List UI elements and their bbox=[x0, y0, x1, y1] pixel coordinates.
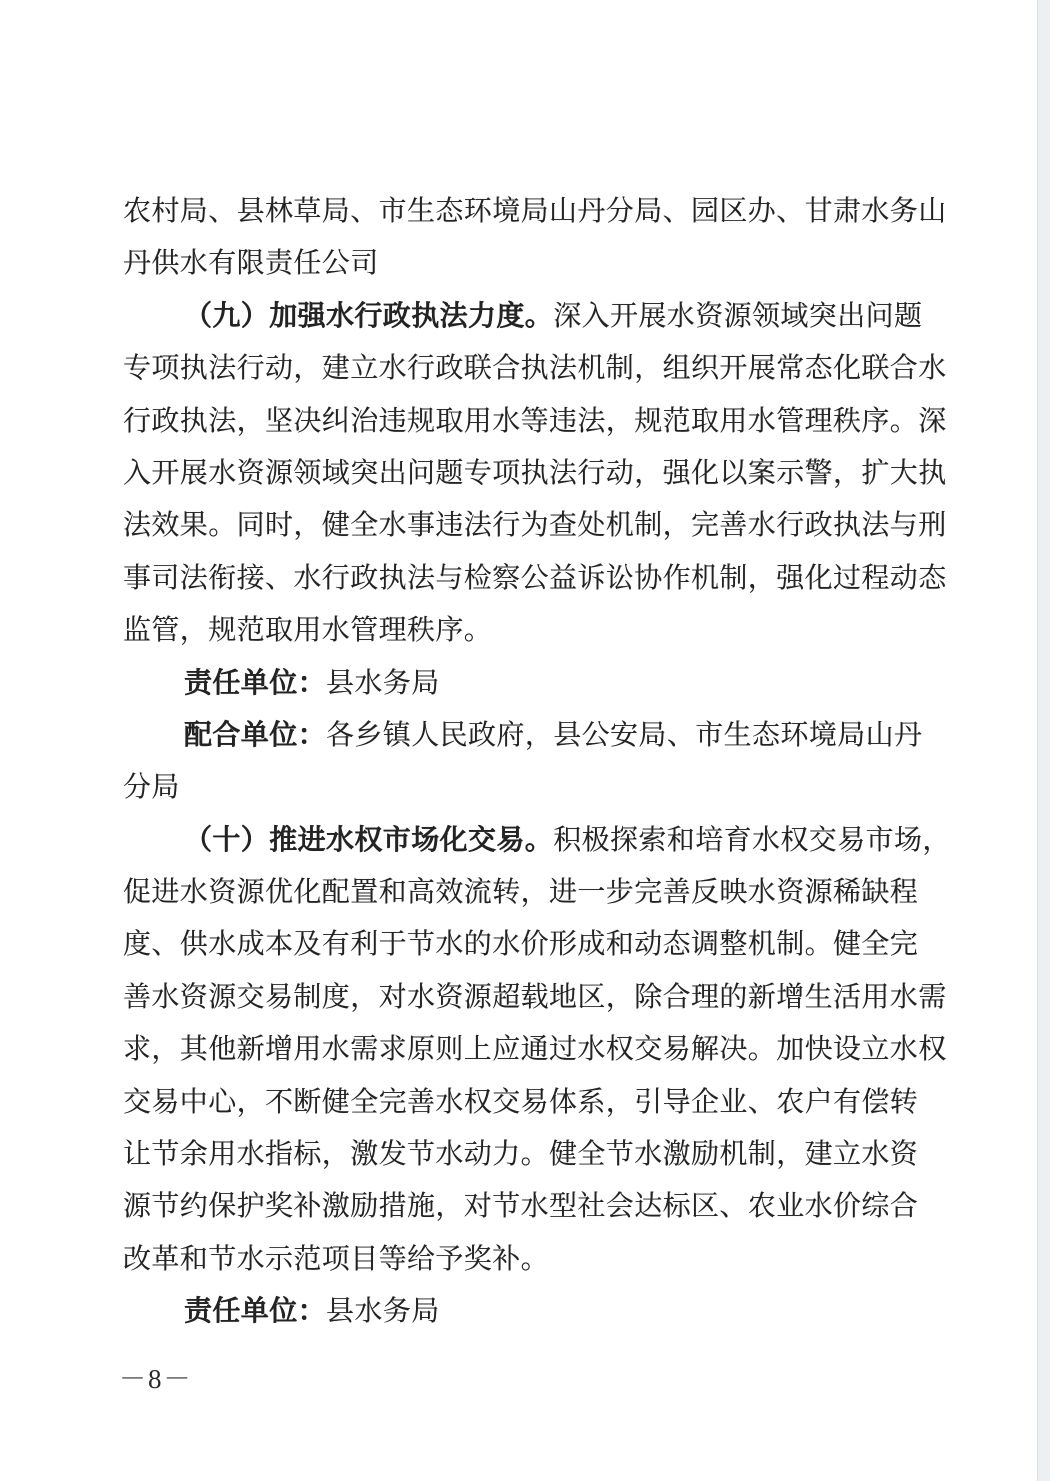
bold-run: 责任单位： bbox=[184, 1296, 326, 1327]
document-page: 农村局、县林草局、市生态环境局山丹分局、园区办、甘肃水务山丹供水有限责任公司（九… bbox=[0, 0, 1050, 1481]
text-line: 责任单位：县水务局 bbox=[123, 658, 923, 710]
text-line: （十）推进水权市场化交易。积极探索和培育水权交易市场， bbox=[123, 815, 923, 867]
text-line: 善水资源交易制度，对水资源超载地区，除合理的新增生活用水需 bbox=[123, 972, 923, 1024]
text-line: 让节余用水指标，激发节水动力。健全节水激励机制，建立水资 bbox=[123, 1129, 923, 1181]
text-line: 行政执法，坚决纠治违规取用水等违法，规范取用水管理秩序。深 bbox=[123, 396, 923, 448]
text-line: 配合单位：各乡镇人民政府，县公安局、市生态环境局山丹 bbox=[123, 710, 923, 762]
bold-run: （九）加强水行政执法力度。 bbox=[184, 301, 553, 332]
text-line: 责任单位：县水务局 bbox=[123, 1286, 923, 1338]
text-line: 丹供水有限责任公司 bbox=[123, 238, 923, 290]
text-line: 求，其他新增用水需求原则上应通过水权交易解决。加快设立水权 bbox=[123, 1024, 923, 1076]
text-line: 促进水资源优化配置和高效流转，进一步完善反映水资源稀缺程 bbox=[123, 867, 923, 919]
bold-run: 责任单位： bbox=[184, 668, 326, 699]
text-line: 监管，规范取用水管理秩序。 bbox=[123, 605, 923, 657]
text-line: 事司法衔接、水行政执法与检察公益诉讼协作机制，强化过程动态 bbox=[123, 553, 923, 605]
text-line: 农村局、县林草局、市生态环境局山丹分局、园区办、甘肃水务山 bbox=[123, 186, 923, 238]
bold-run: （十）推进水权市场化交易。 bbox=[184, 825, 553, 856]
text-line: 专项执法行动，建立水行政联合执法机制，组织开展常态化联合水 bbox=[123, 343, 923, 395]
text-line: 交易中心，不断健全完善水权交易体系，引导企业、农户有偿转 bbox=[123, 1077, 923, 1129]
document-body: 农村局、县林草局、市生态环境局山丹分局、园区办、甘肃水务山丹供水有限责任公司（九… bbox=[123, 186, 923, 1339]
text-line: （九）加强水行政执法力度。深入开展水资源领域突出问题 bbox=[123, 291, 923, 343]
scan-edge bbox=[1037, 0, 1050, 1481]
bold-run: 配合单位： bbox=[184, 720, 326, 751]
text-line: 度、供水成本及有利于节水的水价形成和动态调整机制。健全完 bbox=[123, 919, 923, 971]
text-line: 入开展水资源领域突出问题专项执法行动，强化以案示警，扩大执 bbox=[123, 448, 923, 500]
text-line: 分局 bbox=[123, 762, 923, 814]
text-line: 改革和节水示范项目等给予奖补。 bbox=[123, 1234, 923, 1286]
text-line: 法效果。同时，健全水事违法行为查处机制，完善水行政执法与刑 bbox=[123, 500, 923, 552]
text-line: 源节约保护奖补激励措施，对节水型社会达标区、农业水价综合 bbox=[123, 1181, 923, 1233]
page-number: －8－ bbox=[119, 1362, 193, 1396]
